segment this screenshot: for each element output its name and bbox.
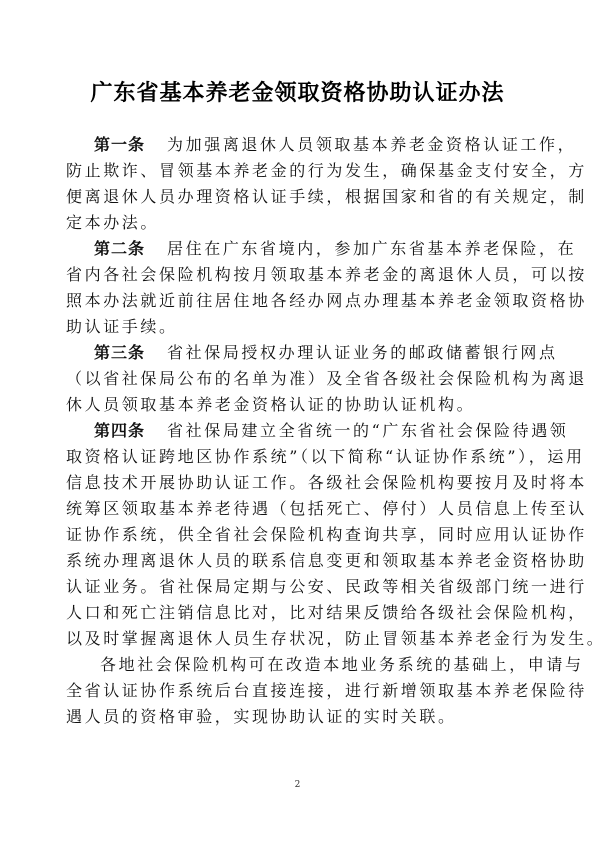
article-3: 第三条省社保局授权办理认证业务的邮政储蓄银行网点 （以省社保局公布的名单为准）及… (66, 340, 536, 418)
article-text-line: 居住在广东省境内，参加广东省基本养老保险，在 (167, 239, 576, 258)
article-label: 第四条 (94, 421, 145, 440)
article-text-line: 便离退休人员办理资格认证手续，根据国家和省的有关规定，制 (66, 184, 536, 210)
article-text-line: 防止欺诈、冒领基本养老金的行为发生，确保基金支付安全，方 (66, 158, 536, 184)
article-text-line: （以省社保局公布的名单为准）及全省各级社会保险机构为离退 (66, 366, 536, 392)
document-title: 广东省基本养老金领取资格协助认证办法 (0, 76, 595, 107)
article-text-line: 统筹区领取基本养老待遇（包括死亡、停付）人员信息上传至认 (66, 496, 536, 522)
article-text-line: 为加强离退休人员领取基本养老金资格认证工作， (167, 135, 576, 154)
article-text-line: 信息技术开展协助认证工作。各级社会保险机构要按月及时将本 (66, 470, 536, 496)
paragraph-text-line: 全省认证协作系统后台直接连接，进行新增领取基本养老保险待 (66, 678, 536, 704)
closing-paragraph: 各地社会保险机构可在改造本地业务系统的基础上，申请与 全省认证协作系统后台直接连… (66, 652, 536, 730)
article-text-line: 省内各社会保险机构按月领取基本养老金的离退休人员，可以按 (66, 262, 536, 288)
article-text-line: 认证业务。省社保局定期与公安、民政等相关省级部门统一进行 (66, 574, 536, 600)
article-2: 第二条居住在广东省境内，参加广东省基本养老保险，在 省内各社会保险机构按月领取基… (66, 236, 536, 340)
paragraph-text-line: 遇人员的资格审验，实现协助认证的实时关联。 (66, 704, 536, 730)
article-4: 第四条省社保局建立全省统一的“广东省社会保险待遇领 取资格认证跨地区协作系统”（… (66, 418, 536, 652)
article-text-line: 取资格认证跨地区协作系统”（以下简称“认证协作系统”），运用 (66, 444, 536, 470)
article-text-line: 定本办法。 (66, 210, 536, 236)
article-text-line: 人口和死亡注销信息比对，比对结果反馈给各级社会保险机构， (66, 600, 536, 626)
article-label: 第二条 (94, 239, 145, 258)
article-1: 第一条为加强离退休人员领取基本养老金资格认证工作， 防止欺诈、冒领基本养老金的行… (66, 132, 536, 236)
document-body: 第一条为加强离退休人员领取基本养老金资格认证工作， 防止欺诈、冒领基本养老金的行… (66, 132, 536, 730)
article-text-line: 照本办法就近前往居住地各经办网点办理基本养老金领取资格协 (66, 288, 536, 314)
article-text-line: 休人员领取基本养老金资格认证的协助认证机构。 (66, 392, 536, 418)
article-text-line: 省社保局建立全省统一的“广东省社会保险待遇领 (167, 421, 568, 440)
paragraph-text-line: 各地社会保险机构可在改造本地业务系统的基础上，申请与 (66, 652, 536, 678)
article-text-line: 证协作系统，供全省社会保险机构查询共享，同时应用认证协作 (66, 522, 536, 548)
article-text-line: 以及时掌握离退休人员生存状况，防止冒领基本养老金行为发生。 (66, 626, 536, 652)
page-number: 2 (0, 780, 595, 790)
article-label: 第三条 (94, 343, 145, 362)
article-text-line: 助认证手续。 (66, 314, 536, 340)
article-text-line: 系统办理离退休人员的联系信息变更和领取基本养老金资格协助 (66, 548, 536, 574)
article-text-line: 省社保局授权办理认证业务的邮政储蓄银行网点 (167, 343, 558, 362)
article-label: 第一条 (94, 135, 145, 154)
